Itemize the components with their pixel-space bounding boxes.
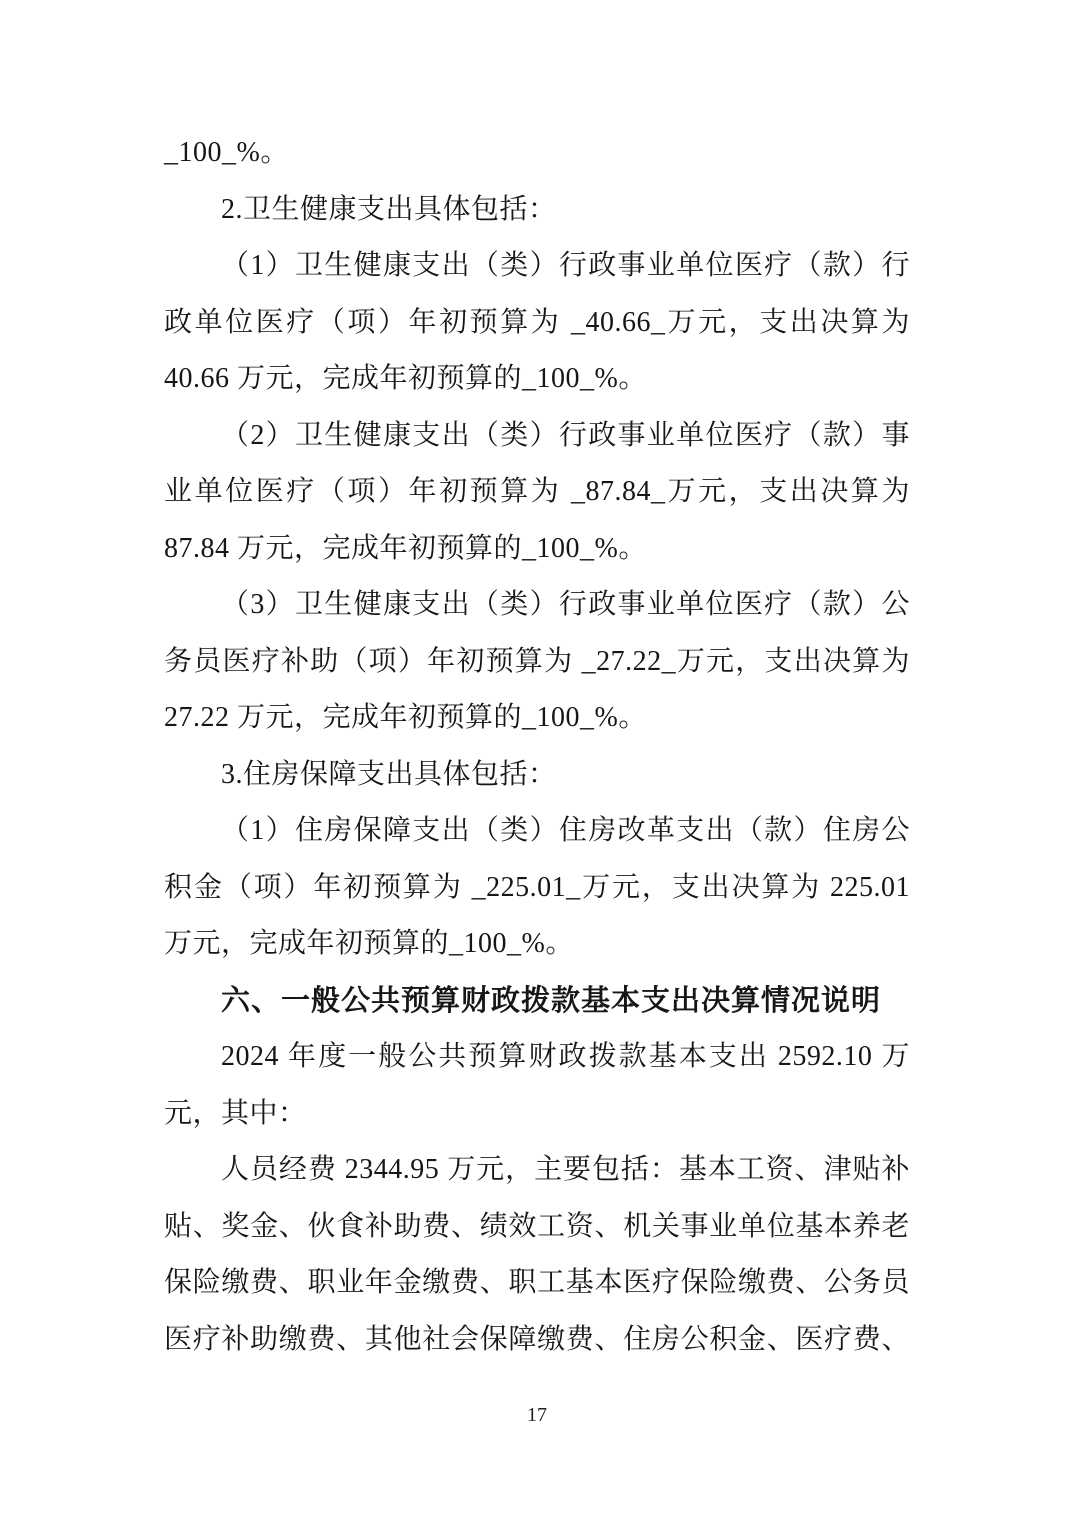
paragraph: （2）卫生健康支出（类）行政事业单位医疗（款）事业单位医疗（项）年初预算为 _8…	[164, 408, 910, 578]
page-number: 17	[0, 1403, 1074, 1427]
text-line: （2）卫生健康支出（类）行政事业单位医疗（款）事	[164, 408, 910, 465]
text-line: 万元，完成年初预算的_100_%。	[164, 916, 910, 973]
text-line: 贴、奖金、伙食补助费、绩效工资、机关事业单位基本养老	[164, 1199, 910, 1256]
paragraph: 2.卫生健康支出具体包括：	[164, 182, 910, 239]
document-body: _100_%。2.卫生健康支出具体包括：（1）卫生健康支出（类）行政事业单位医疗…	[164, 125, 910, 1368]
text-line: 业单位医疗（项）年初预算为 _87.84_万元，支出决算为	[164, 464, 910, 521]
text-line: 务员医疗补助（项）年初预算为 _27.22_万元，支出决算为	[164, 634, 910, 691]
text-line: 人员经费 2344.95 万元，主要包括：基本工资、津贴补	[164, 1142, 910, 1199]
text-line: 87.84 万元，完成年初预算的_100_%。	[164, 521, 910, 578]
text-line: 积金（项）年初预算为 _225.01_万元，支出决算为 225.01	[164, 860, 910, 917]
paragraph: 3.住房保障支出具体包括：	[164, 747, 910, 804]
paragraph: 人员经费 2344.95 万元，主要包括：基本工资、津贴补贴、奖金、伙食补助费、…	[164, 1142, 910, 1368]
text-line: _100_%。	[164, 125, 910, 182]
paragraph: _100_%。	[164, 125, 910, 182]
text-line: （1）卫生健康支出（类）行政事业单位医疗（款）行	[164, 238, 910, 295]
text-line: 2.卫生健康支出具体包括：	[164, 182, 910, 239]
paragraph: （1）住房保障支出（类）住房改革支出（款）住房公积金（项）年初预算为 _225.…	[164, 803, 910, 973]
text-line: 政单位医疗（项）年初预算为 _40.66_万元，支出决算为	[164, 295, 910, 352]
text-line: 27.22 万元，完成年初预算的_100_%。	[164, 690, 910, 747]
paragraph: （1）卫生健康支出（类）行政事业单位医疗（款）行政单位医疗（项）年初预算为 _4…	[164, 238, 910, 408]
text-line: 40.66 万元，完成年初预算的_100_%。	[164, 351, 910, 408]
paragraph: 2024 年度一般公共预算财政拨款基本支出 2592.10 万元，其中：	[164, 1029, 910, 1142]
document-page: _100_%。2.卫生健康支出具体包括：（1）卫生健康支出（类）行政事业单位医疗…	[0, 0, 1074, 1520]
text-line: 3.住房保障支出具体包括：	[164, 747, 910, 804]
text-line: 元，其中：	[164, 1086, 910, 1143]
text-line: 医疗补助缴费、其他社会保障缴费、住房公积金、医疗费、	[164, 1312, 910, 1369]
text-line: 2024 年度一般公共预算财政拨款基本支出 2592.10 万	[164, 1029, 910, 1086]
section-heading: 六、一般公共预算财政拨款基本支出决算情况说明	[164, 973, 910, 1030]
text-line: （3）卫生健康支出（类）行政事业单位医疗（款）公	[164, 577, 910, 634]
paragraph: （3）卫生健康支出（类）行政事业单位医疗（款）公务员医疗补助（项）年初预算为 _…	[164, 577, 910, 747]
text-line: （1）住房保障支出（类）住房改革支出（款）住房公	[164, 803, 910, 860]
text-line: 保险缴费、职业年金缴费、职工基本医疗保险缴费、公务员	[164, 1255, 910, 1312]
text-line: 六、一般公共预算财政拨款基本支出决算情况说明	[164, 973, 910, 1030]
